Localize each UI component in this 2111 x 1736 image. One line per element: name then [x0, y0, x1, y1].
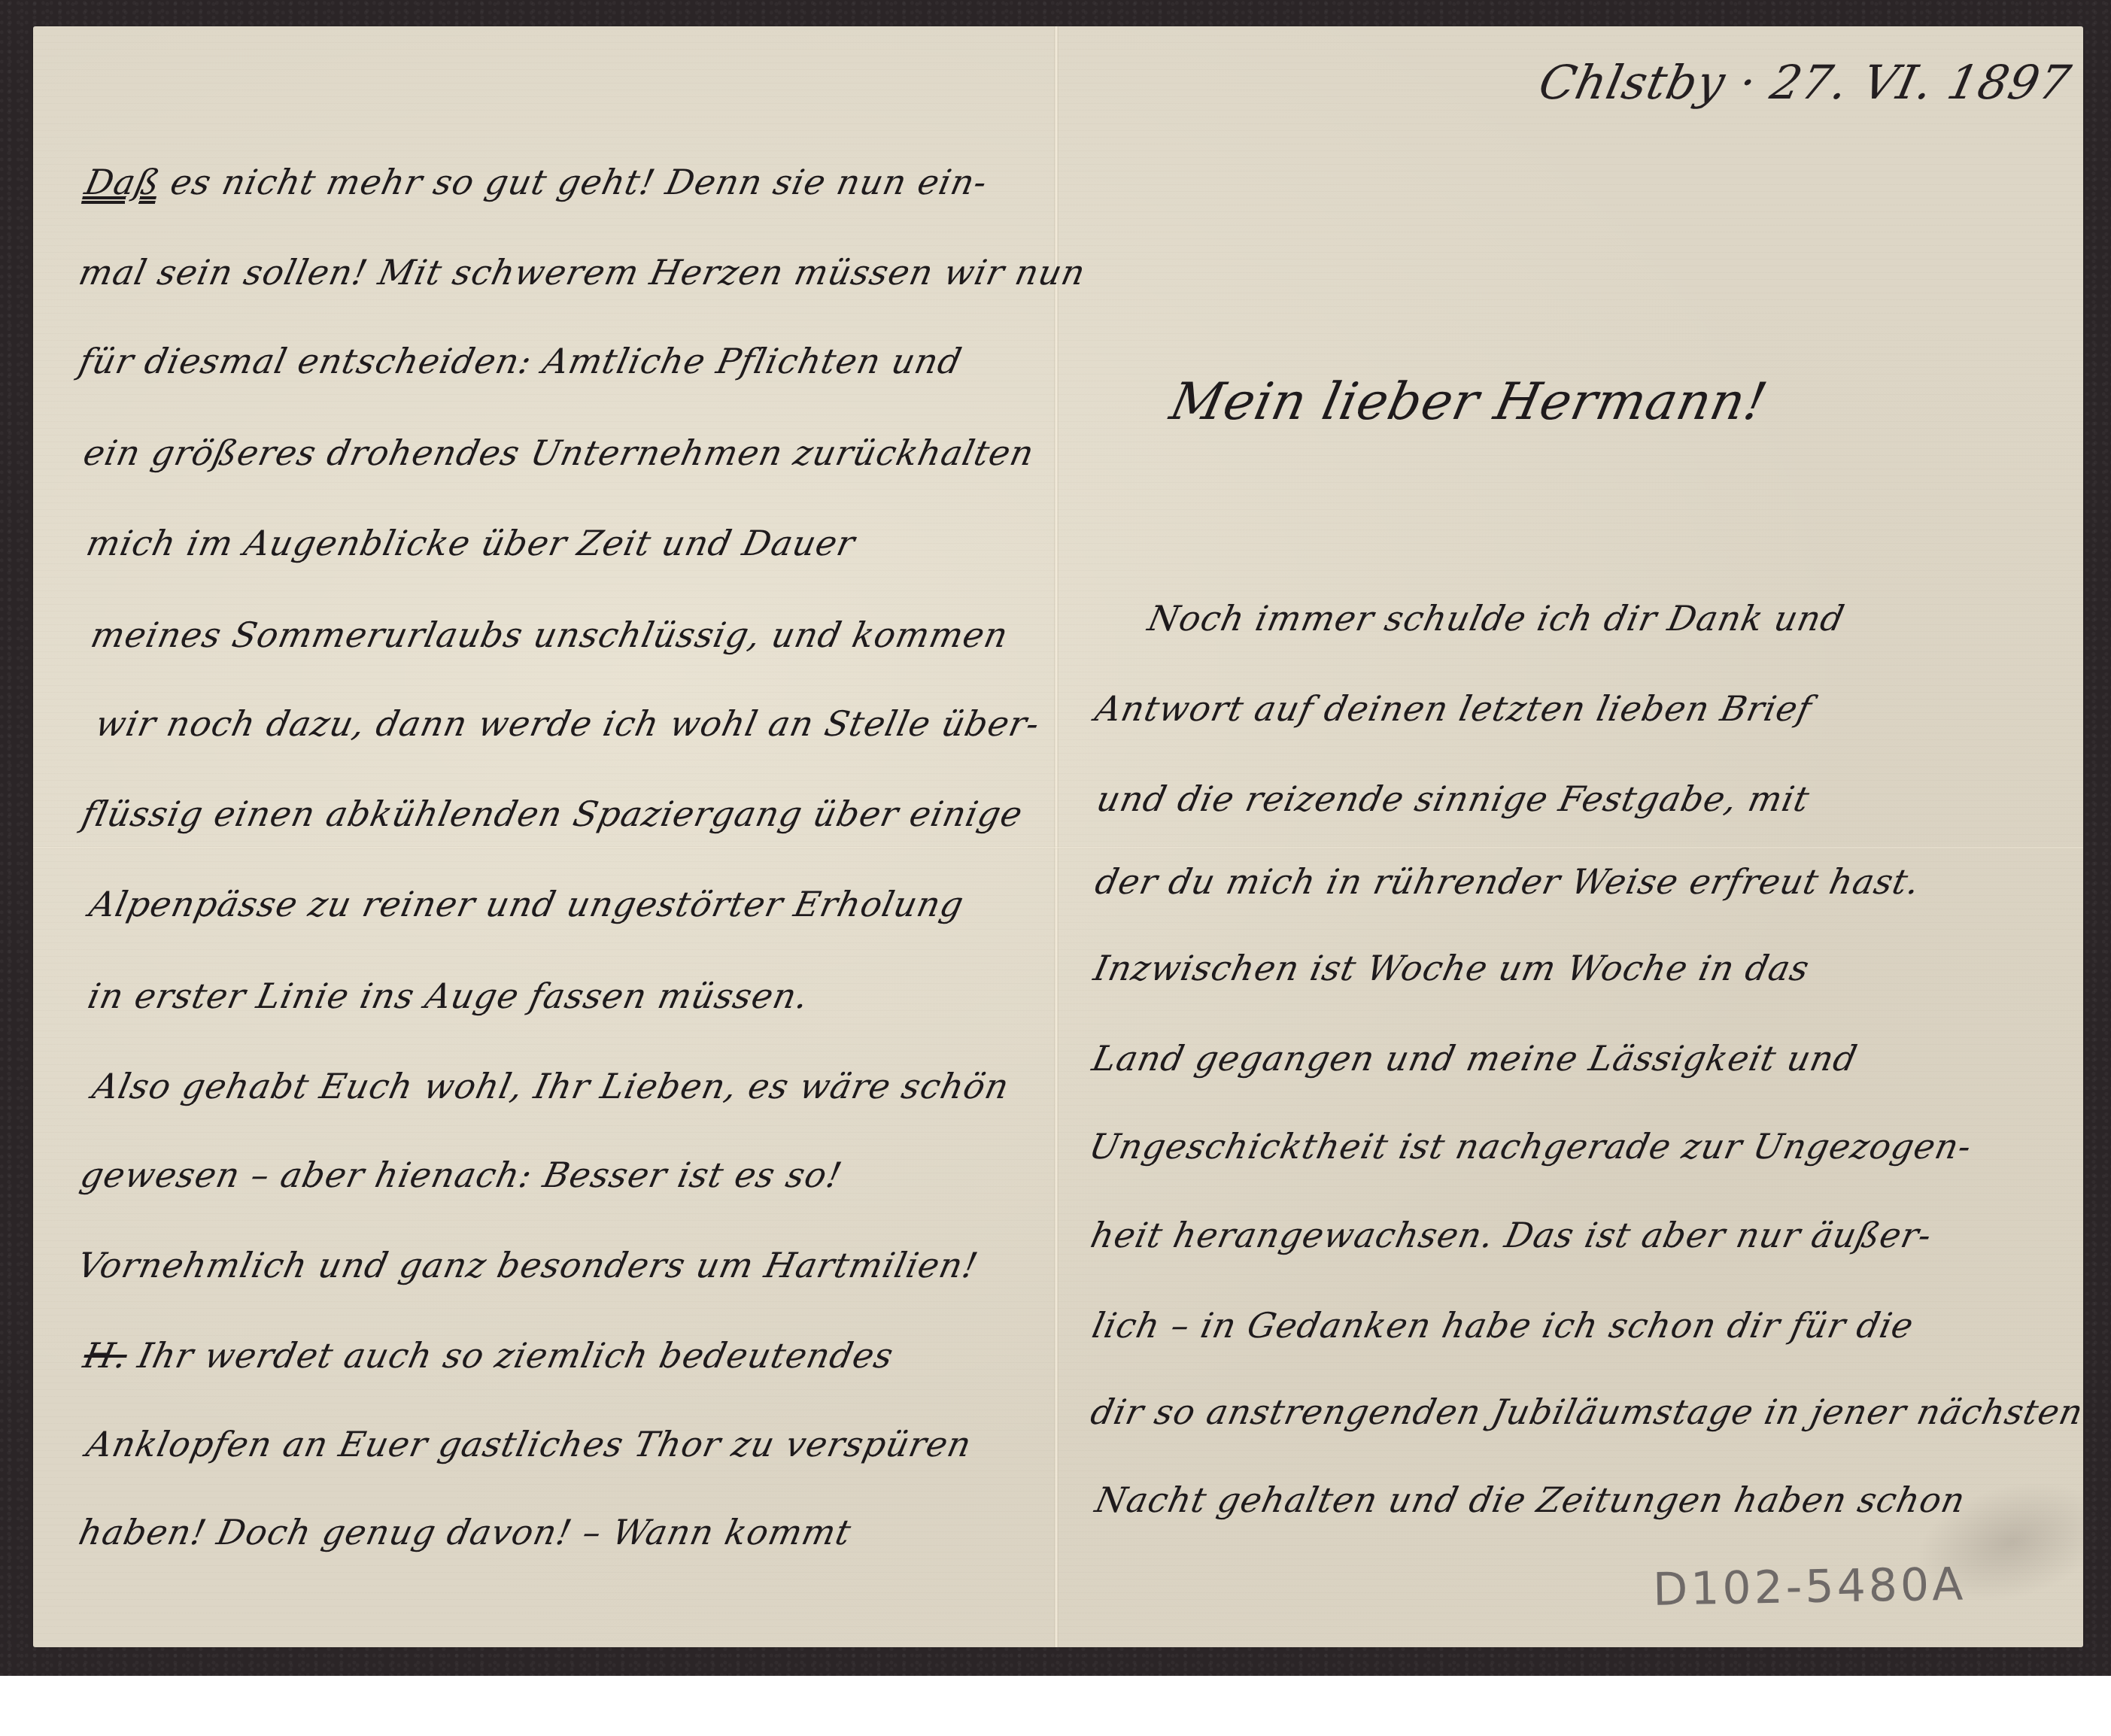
emphasized-word: Daß	[81, 162, 164, 202]
left-line-5: mich im Augenblicke über Zeit und Dauer	[83, 523, 859, 563]
right-line-4: der du mich in rührender Weise erfreut h…	[1092, 861, 1924, 902]
left-line-15: Anklopfen an Euer gastliches Thor zu ver…	[83, 1424, 975, 1464]
right-line-8: heit herangewachsen. Das ist aber nur äu…	[1087, 1215, 1936, 1255]
right-line-6: Land gegangen und meine Lässigkeit und	[1089, 1038, 1861, 1079]
right-line-10: dir so anstrengenden Jubiläumstage in je…	[1087, 1392, 2087, 1432]
right-line-2: Antwort auf deinen letzten lieben Brief	[1092, 688, 1815, 729]
letter-sheet: Daß es nicht mehr so gut geht! Denn sie …	[33, 26, 2083, 1647]
left-line-2: mal sein sollen! Mit schwerem Herzen müs…	[75, 252, 1089, 293]
left-line-8: flüssig einen abkühlenden Spaziergang üb…	[78, 794, 1026, 834]
right-line-3: und die reizende sinnige Festgabe, mit	[1093, 778, 1813, 819]
right-line-1: Noch immer schulde ich dir Dank und	[1144, 598, 1848, 639]
left-line-13: Vornehmlich und ganz besonders um Hartmi…	[74, 1245, 982, 1285]
left-line-10: in erster Linie ins Auge fassen müssen.	[84, 976, 813, 1016]
place-and-date: Chlstby · 27. VI. 1897	[1534, 55, 2076, 110]
left-line-16: haben! Doch genug davon! – Wann kommt	[75, 1512, 855, 1552]
left-line-9: Alpenpässe zu reiner und ungestörter Erh…	[86, 884, 967, 924]
archive-number: D102-5480A	[1652, 1558, 1966, 1616]
left-line-14: H. Ihr werdet auch so ziemlich bedeutend…	[80, 1335, 897, 1376]
right-line-11: Nacht gehalten und die Zeitungen haben s…	[1092, 1480, 1969, 1520]
left-line-3: für diesmal entscheiden: Amtliche Pflich…	[75, 341, 965, 381]
left-page: Daß es nicht mehr so gut geht! Denn sie …	[33, 26, 1054, 1647]
left-line-4: ein größeres drohendes Unternehmen zurüc…	[80, 432, 1038, 473]
left-line-12: gewesen – aber hienach: Besser ist es so…	[77, 1155, 846, 1195]
right-line-9: lich – in Gedanken habe ich schon dir fü…	[1089, 1305, 1918, 1346]
salutation: Mein lieber Hermann!	[1165, 372, 1772, 432]
left-line-11: Also gehabt Euch wohl, Ihr Lieben, es wä…	[89, 1066, 1013, 1106]
right-line-7: Ungeschicktheit ist nachgerade zur Ungez…	[1086, 1126, 1976, 1167]
left-line-6: meines Sommerurlaubs unschlüssig, und ko…	[87, 615, 1012, 655]
right-line-5: Inzwischen ist Woche um Woche in das	[1090, 948, 1813, 988]
right-page: Chlstby · 27. VI. 1897 Mein lieber Herma…	[1059, 26, 2083, 1647]
left-line-7: wir noch dazu, dann werde ich wohl an St…	[92, 703, 1043, 744]
left-line-1: Daß es nicht mehr so gut geht! Denn sie …	[81, 162, 991, 202]
